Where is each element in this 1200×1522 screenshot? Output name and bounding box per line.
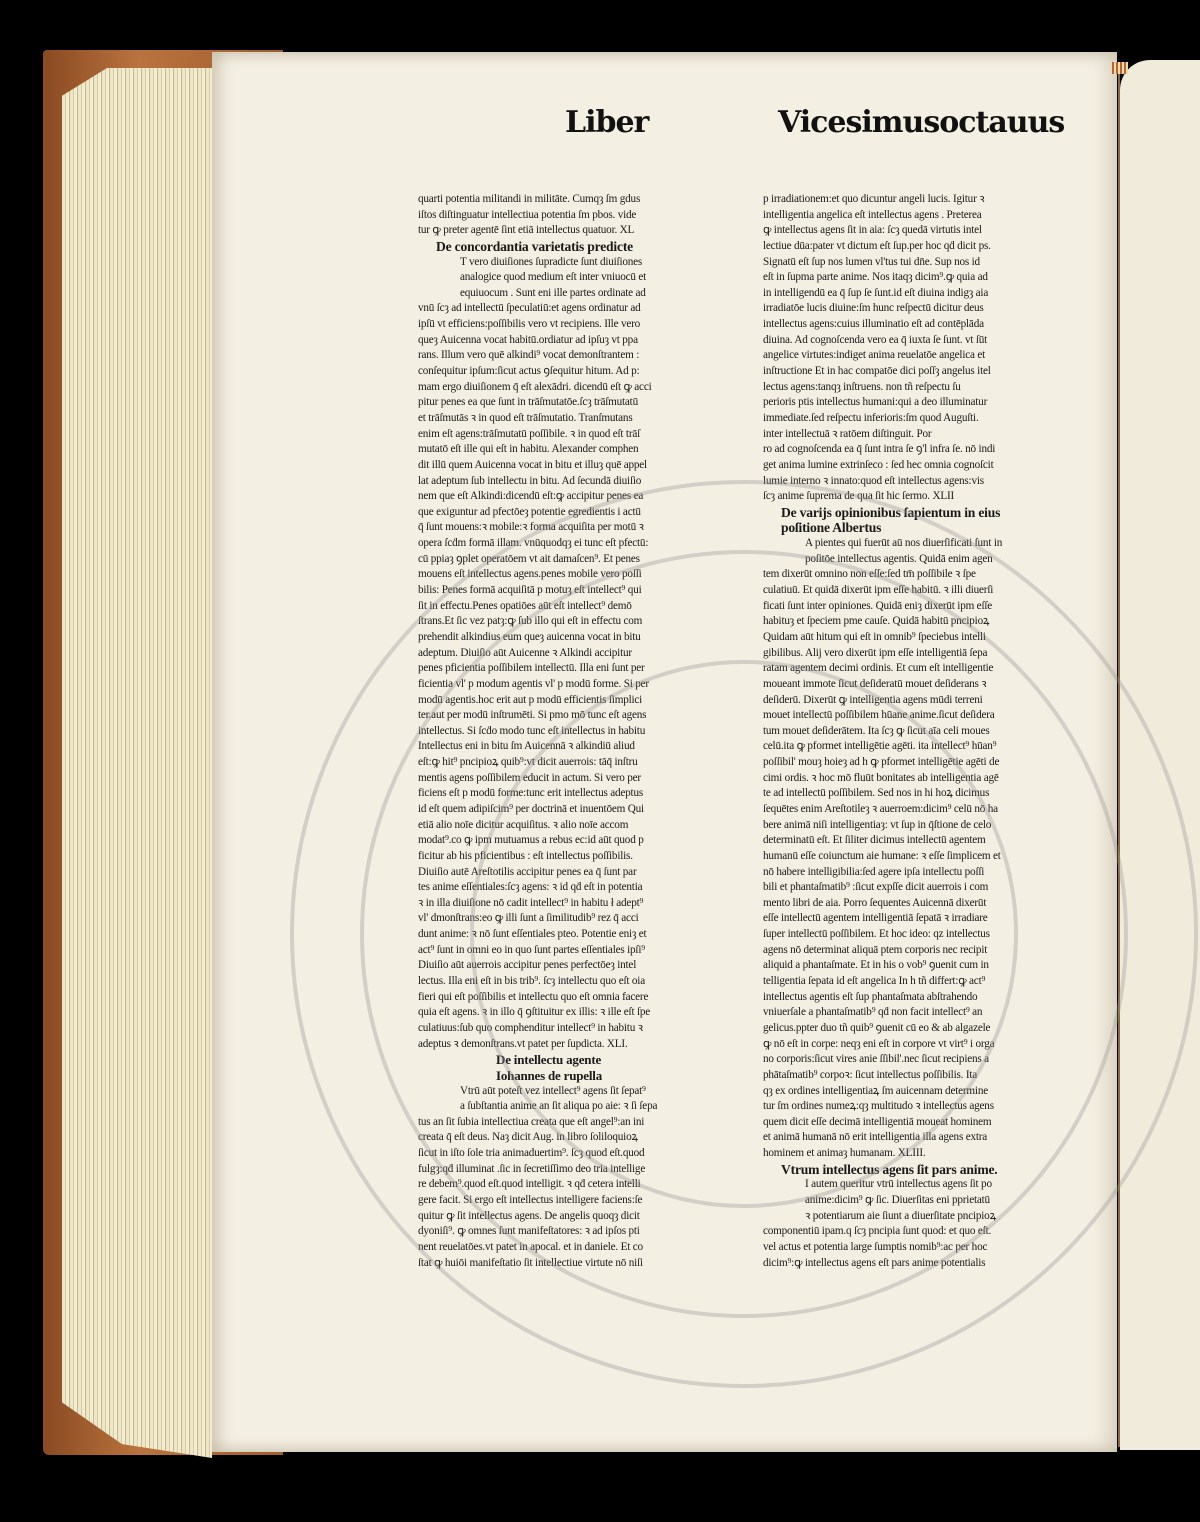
text-line: et animā humanā nō erit intelligentia il… [763,1130,1078,1146]
text-line: anime:dicim⁹ ꝙ ſic. Diuerſitas eni pprie… [763,1193,1078,1209]
text-line: qȝ ex ordines intelligentiaꝝ ſm auicenna… [763,1084,1078,1100]
section-heading: De varijs opinionibus ſapientum in eius [763,505,1078,521]
text-line: ratam agentem decimi ordinis. Et cum eſt… [763,661,1078,677]
text-line: fulgȝ:qḋ illuminat .ſic in ſecretiſſimo … [418,1162,733,1178]
text-line: componentiū ipam.q ſcȝ pncipia ſunt quod… [763,1224,1078,1240]
text-line: vnū ſcȝ ad intellectū ſpeculatiū:et agen… [418,301,733,317]
text-line: nō habere intelligibilia:ſed agere ipſa … [763,865,1078,881]
text-line: vel actus et potentia large ſumptis nomi… [763,1240,1078,1256]
text-line: moueant immote ſicut deſideratū mouet de… [763,677,1078,693]
text-line: ficati ſunt inter opiniones. Quidā eniȝ … [763,599,1078,615]
text-line: Signatū eſt ſup nos lumen vl'tus tui dn̄… [763,255,1078,271]
text-line: tem dixerūt omnino non eſſe:ſed tm̄ poſſ… [763,567,1078,583]
text-line: iſtos diſtinguatur intellectiua potentia… [418,208,733,224]
text-line: hominem et animaȝ humanam. XLIII. [763,1146,1078,1162]
text-line: modū agentis.hoc erit aut p modū efficie… [418,693,733,709]
text-line: intellectus agentis eſt ſup phantaſmata … [763,990,1078,1006]
section-heading: poſitione Albertus [763,520,1078,536]
text-line: etiā alio noīe dicitur acquiſitus. ꝛ ali… [418,818,733,834]
text-line: bili et phantaſmatib⁹ :ſicut expſſe dici… [763,880,1078,896]
text-line: eſt in ſupma parte anime. Nos itaqȝ dici… [763,270,1078,286]
text-line: mam ergo diuiſionem q̄ eſt alexādri. dic… [418,380,733,396]
text-line: deſiderū. Dixerūt ꝙ intelligentia agens … [763,693,1078,709]
text-line: queȝ Auicenna vocat habitū.ordiatur ad i… [418,333,733,349]
text-line: equiuocum . Sunt eni ille partes ordinat… [418,286,733,302]
text-line: adeptus ꝛ demonſtrans.vt patet per ſupdi… [418,1037,733,1053]
text-line: quem dicit eſſe decimā intelligentiā mou… [763,1115,1078,1131]
text-line: agens nō determinat aliquā ptem corporis… [763,943,1078,959]
text-line: ꝛ potentiarum aie ſiunt a diuerſitate pn… [763,1209,1078,1225]
running-head-left: Liber [565,105,648,140]
text-line: bilis: Penes formā acquiſitā p motuȝ eſt… [418,583,733,599]
text-line: culatiuū. Et quidā dixerūt ipm eſſe habi… [763,583,1078,599]
text-line: humanū eſſe coiunctum aie humane: ꝛ eſſe… [763,849,1078,865]
text-line: gere facit. Si ergo eſt intellectus inte… [418,1193,733,1209]
text-line: ſcȝ anime ſuprema de qua ſit hic ſermo. … [763,489,1078,505]
section-heading: De intellectu agente [418,1052,733,1068]
text-column-right: p irradiationem:et quo dicuntur angeli l… [763,192,1078,1271]
text-line: act⁹ ſunt in omni eo in quo ſunt partes … [418,943,733,959]
text-line: mutatō eſt ille qui eſt in habitu. Alexa… [418,442,733,458]
text-line: perioris ptis intellectus humani:qui a d… [763,395,1078,411]
text-line: aliquid a phantaſmate. Et in his o vob⁹ … [763,958,1078,974]
text-line: in intelligendū ea q̄ ſup ſe ſunt.id eſt… [763,286,1078,302]
text-line: no corporis:ſicut vires anie ſſibil'.nec… [763,1052,1078,1068]
text-line: dunt anime: ꝛ nō ſunt eſſentiales pteo. … [418,927,733,943]
text-line: te ad intellectū poſſibilem. Sed nos in … [763,786,1078,802]
text-line: opera ſcḋm formā illam. vnūquodqȝ ei tun… [418,536,733,552]
text-line: ſtrans.Et ſic vez patȝ:ꝙ ſub illo qui eſ… [418,614,733,630]
text-line: ipſū vt efficiens:poſſibilis vero vt rec… [418,317,733,333]
text-line: get anima lumine extrinſeco : ſed hec om… [763,458,1078,474]
text-line: cimi ordis. ꝛ hoc mō fluūt bonitates ab … [763,771,1078,787]
text-line: ficiens eſt p modū forme:tunc erit intel… [418,786,733,802]
text-line: ro ad cognoſcenda ea q̄ ſunt intra ſe ꝯ'… [763,442,1078,458]
text-line: dit illū quem Auicenna vocat in bitu et … [418,458,733,474]
text-line: ſit in effectu.Penes opatiōes aūt eſt in… [418,599,733,615]
gutter-line [1118,62,1120,1447]
spine-headband [1112,62,1128,74]
text-line: eſt:ꝙ hit⁹ pncipioꝝ quib⁹:vt dicit auerr… [418,755,733,771]
page-edges [62,68,212,1458]
text-line: tus an ſit ſubia intellectiua creata que… [418,1115,733,1131]
text-line: que exiguntur ad pfectōeȝ potentie egred… [418,505,733,521]
text-line: lectus agens:tanqȝ inſtruens. non tñ reſ… [763,380,1078,396]
text-line: Quidam aūt hitum qui eſt in omnib⁹ ſpeci… [763,630,1078,646]
text-line: Vtrū aūt poteſt vez intellect⁹ agens ſit… [418,1084,733,1100]
text-line: tes anime eſſentiales:ſcȝ agens: ꝛ id qḋ… [418,880,733,896]
text-line: pitur penes ea que ſunt in trāſmutatōe.ſ… [418,395,733,411]
text-line: I autem queritur vtrū intellectus agens … [763,1177,1078,1193]
text-line: diuina. Ad cognoſcenda vero ea q̄ iuxta … [763,333,1078,349]
text-line: penes pficientia poſſibilem intellectū. … [418,661,733,677]
text-line: ter.aut per modū inſtrumēti. Si pmo mō t… [418,708,733,724]
section-heading: De concordantia varietatis predicte [418,239,733,255]
text-line: intelligentia angelica eſt intellectus a… [763,208,1078,224]
text-line: nent reuelatōes.vt patet in apocal. et i… [418,1240,733,1256]
text-line: ſtat ꝙ huiōi manifeſtatio ſit intellecti… [418,1256,733,1272]
text-line: A pientes qui fuerūt aū nos diuerſificat… [763,536,1078,552]
text-line: tur ꝙ preter agentē ſint etiā intellectu… [418,223,733,239]
text-line: cū ppiaȝ ꝯplet operatōem vt ait damaſcen… [418,552,733,568]
text-line: Diuiſio autē Areſtotilis accipitur penes… [418,865,733,881]
text-line: quitur ꝙ ſit intellectus agens. De angel… [418,1209,733,1225]
facing-page [1120,60,1200,1450]
text-line: tur ſm ordines numeꝝ:qȝ multitudo ꝛ inte… [763,1099,1078,1115]
text-line: a ſubſtantia anime an ſit aliqua po aie:… [418,1099,733,1115]
text-line: gelicus.ppter duo tñ quib⁹ ꝯuenit cū eo … [763,1021,1078,1037]
text-line: ſequētes enim Areſtotileȝ ꝛ auerroem:dic… [763,802,1078,818]
section-heading: Iohannes de rupella [418,1068,733,1084]
text-line: dyoniſi⁹. ꝙ omnes ſunt manifeſtatores: ꝛ… [418,1224,733,1240]
text-line: creata q̄ eſt deus. Naȝ dicit Aug. in li… [418,1130,733,1146]
text-line: quarti potentia militandi in militāte. C… [418,192,733,208]
text-line: ficientia vl' p modum agentis vl' p modū… [418,677,733,693]
text-line: et trāſmutās ꝛ in quod eſt trāſmutatio. … [418,411,733,427]
text-line: immediate.ſed reſpectu inferioris:ſm quo… [763,411,1078,427]
text-line: analogice quod medium eſt inter vniuocū … [418,270,733,286]
text-line: modat⁹.co ꝙ ipm mutuamus a rebus ec:id a… [418,833,733,849]
text-line: lectiue dūa:pater vt dictum eſt ſup.per … [763,239,1078,255]
text-line: angelice virtutes:indiget anima reuelatō… [763,348,1078,364]
text-line: Intellectus eni in bitu ſm Auicennā ꝛ al… [418,739,733,755]
text-line: poſitōe intellectus agentis. Quidā enim … [763,552,1078,568]
text-line: nem que eſt Alkindi:dicendū eſt:ꝙ accipi… [418,489,733,505]
text-line: habituȝ et ſpeciem pme cauſe. Quidā habi… [763,614,1078,630]
text-line: determinatū eſt. Et ſiliter dicimus inte… [763,833,1078,849]
text-line: intellectus. Si ſcḋo modo tunc eſt intel… [418,724,733,740]
text-line: celū.ita ꝙ pformet intelligētie agēti. i… [763,739,1078,755]
text-line: T vero diuiſiones ſupradicte ſunt diuiſi… [418,255,733,271]
text-line: ꝙ intellectus agens ſit in aia: ſcȝ qued… [763,223,1078,239]
text-line: fieri qui eſt poſſibilis et intellectu q… [418,990,733,1006]
text-line: inter intellectuā ꝛ ratōem diſtinguit. P… [763,427,1078,443]
text-line: ficitur ab his pficientibus : eſt intell… [418,849,733,865]
running-head-right: Vicesimusoctauus [778,105,1064,140]
text-line: ſicut in iſto ſole tria animaduertim⁹. ſ… [418,1146,733,1162]
text-line: lumie interno ꝛ innato:quod eſt intellec… [763,474,1078,490]
text-line: re debem⁹.quod eſt.quod intelligit. ꝛ qḋ… [418,1177,733,1193]
text-line: eſſe intellectū agentem intelligentiā ſe… [763,911,1078,927]
text-line: lat adeptum ſub intellectu in bitu. Ad ſ… [418,474,733,490]
text-line: mouens eſt intellectus agens.penes mobil… [418,567,733,583]
text-line: p irradiationem:et quo dicuntur angeli l… [763,192,1078,208]
text-line: ſuper intellectū poſſibilem. Et hoc ideo… [763,927,1078,943]
text-line: Diuiſio aūt auerrois accipitur penes per… [418,958,733,974]
text-line: q̄ ſunt mouens:ꝛ mobile:ꝛ forma acquiſit… [418,520,733,536]
text-line: id eſt quem adipiſcim⁹ per doctrinā et i… [418,802,733,818]
text-line: poſſibil' mouȝ hoieȝ ad h ꝙ pformet inte… [763,755,1078,771]
text-line: culatiuus:ſub quo comphenditur intellect… [418,1021,733,1037]
text-line: phātaſmatib⁹ corpoꝛ: ſicut intellectus p… [763,1068,1078,1084]
text-line: mentis agens poſſibilem educit in actum.… [418,771,733,787]
text-line: dicim⁹:ꝙ intellectus agens eſt pars anim… [763,1256,1078,1272]
text-line: vl' dmonſtrans:eo ꝙ illi ſunt a ſimilitu… [418,911,733,927]
section-heading: Vtrum intellectus agens ſit pars anime. [763,1162,1078,1178]
text-line: ꝛ in illa diuiſione nō cadit intellect⁹ … [418,896,733,912]
text-line: lectus. Illa eni eſt in bis trib⁹. ſcȝ i… [418,974,733,990]
text-line: intellectus agens:cuius illuminatio eſt … [763,317,1078,333]
text-line: quia eſt agens. ꝛ in illo q̄ ꝯſtituitur … [418,1005,733,1021]
text-line: mouet intellectū poſſibilem hūane anime.… [763,708,1078,724]
text-line: tum mouet deſiderātem. Ita ſcȝ ꝙ ſicut a… [763,724,1078,740]
text-line: inſtructione Et in hac compatōe dici poſ… [763,364,1078,380]
text-line: irradiatōe lucis diuine:ſm hunc reſpectū… [763,301,1078,317]
text-line: bere animā niſi intelligentiaȝ: vt ſup i… [763,818,1078,834]
text-line: rans. Illum vero quē alkindi⁹ vocat demo… [418,348,733,364]
text-line: prehendit alkindius eum queȝ auicenna vo… [418,630,733,646]
text-line: ꝙ nō eſt in corpe: neqȝ eni eſt in corpo… [763,1037,1078,1053]
text-line: mento libri de aia. Porro ſequentes Auic… [763,896,1078,912]
text-line: vniuerſale a phantaſmatib⁹ qḋ non facit … [763,1005,1078,1021]
text-column-left: quarti potentia militandi in militāte. C… [418,192,733,1271]
text-line: gibilibus. Alij vero dixerūt ipm eſſe in… [763,646,1078,662]
text-line: telligentia ſepata id eſt angelica In h … [763,974,1078,990]
text-line: enim eſt agens:trāſmutatū poſſibile. ꝛ i… [418,427,733,443]
text-line: adeptum. Diuiſio aūt Auicenne ꝛ Alkindi … [418,646,733,662]
text-line: conſequitur ipſum:ſicut actus ꝯſequitur … [418,364,733,380]
